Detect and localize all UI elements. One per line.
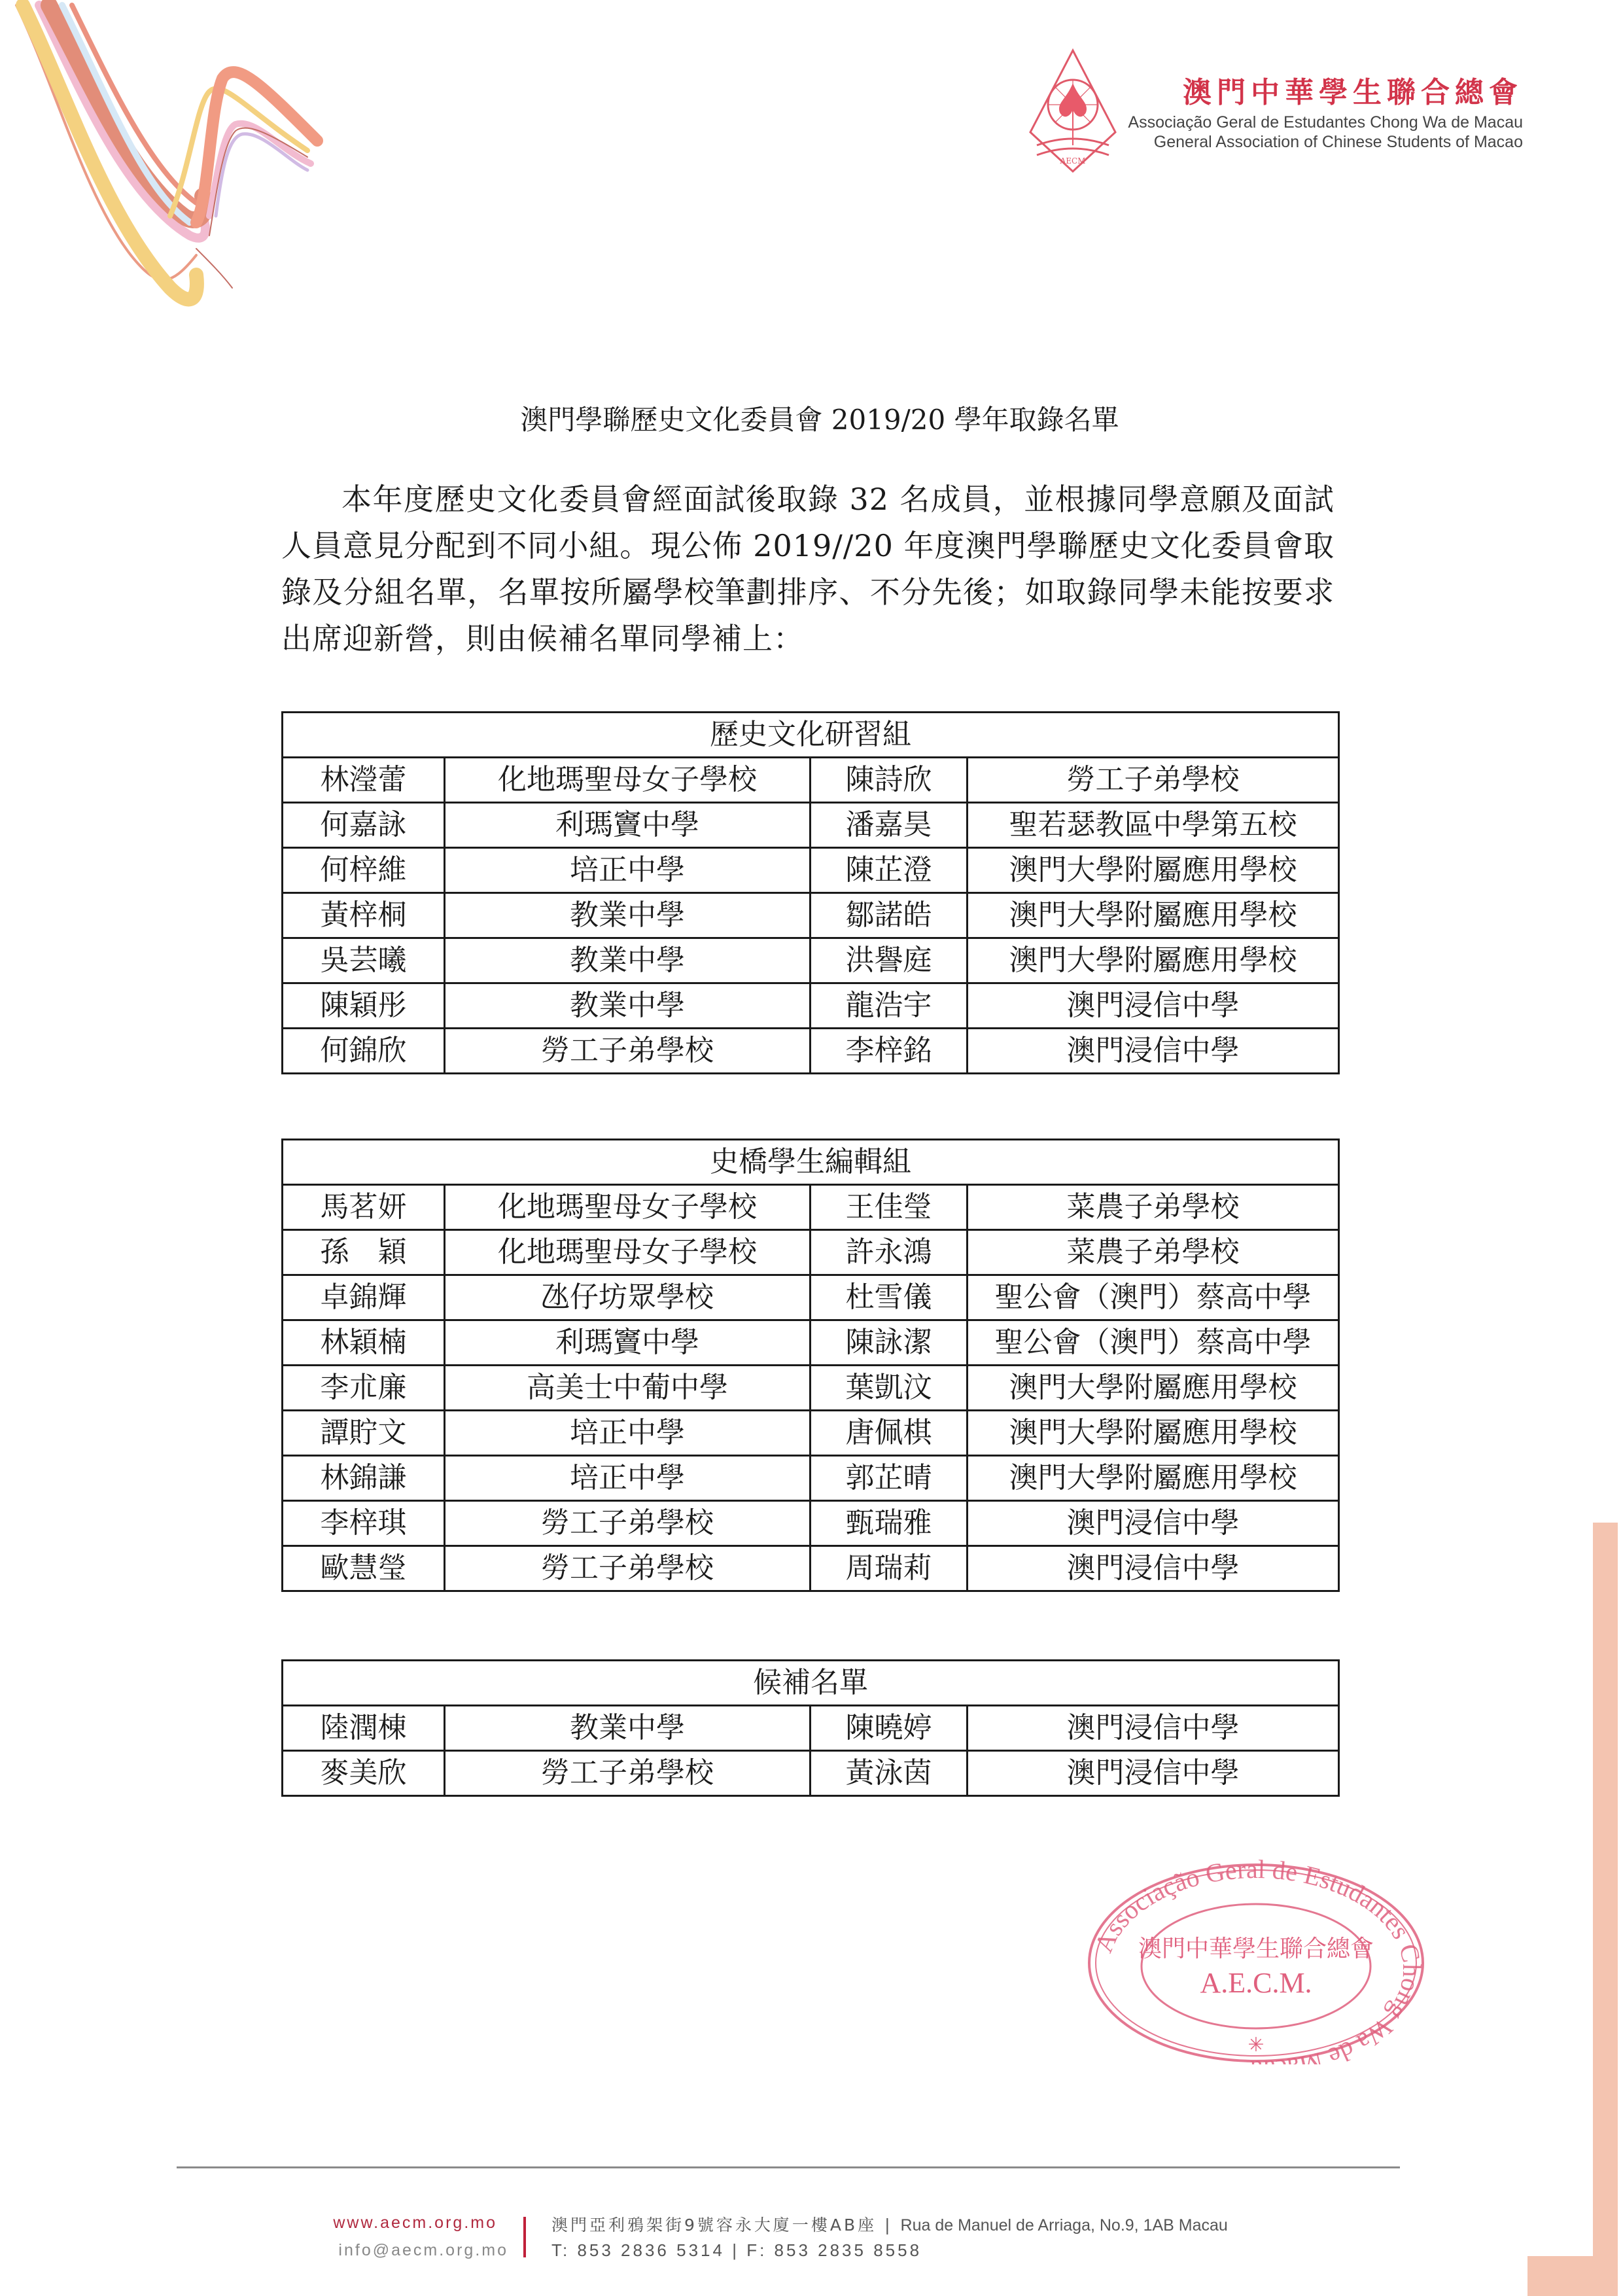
- table-row: 陳穎彤教業中學龍浩宇澳門浸信中學: [283, 983, 1339, 1029]
- student-name: 鄒諾皓: [811, 893, 968, 938]
- table-title: 歷史文化研習組: [283, 713, 1339, 758]
- student-name: 杜雪儀: [811, 1275, 968, 1320]
- student-name: 李梓琪: [283, 1501, 445, 1546]
- student-name: 李梓銘: [811, 1029, 968, 1074]
- table-title: 史橋學生編輯組: [283, 1140, 1339, 1185]
- table-row: 卓錦輝氹仔坊眾學校杜雪儀聖公會（澳門）蔡高中學: [283, 1275, 1339, 1320]
- student-name: 馬茗妍: [283, 1185, 445, 1230]
- org-name-portuguese: Associação Geral de Estudantes Chong Wa …: [1112, 113, 1523, 132]
- research-group-table: 歷史文化研習組 林瀅蕾化地瑪聖母女子學校陳詩欣勞工子弟學校何嘉詠利瑪竇中學潘嘉昊…: [281, 711, 1340, 1074]
- student-name: 陳穎彤: [283, 983, 445, 1029]
- school-name: 培正中學: [445, 1456, 811, 1501]
- table-row: 李朮廉高美士中葡中學葉凱汶澳門大學附屬應用學校: [283, 1366, 1339, 1411]
- student-name: 陳詩欣: [811, 758, 968, 803]
- table-row: 林穎楠利瑪竇中學陳詠潔聖公會（澳門）蔡高中學: [283, 1320, 1339, 1366]
- student-name: 黃梓桐: [283, 893, 445, 938]
- student-name: 歐慧瑩: [283, 1546, 445, 1591]
- footer-address-pt: Rua de Manuel de Arriaga, No.9, 1AB Maca…: [901, 2216, 1228, 2234]
- school-name: 利瑪竇中學: [445, 1320, 811, 1366]
- student-name: 王佳瑩: [811, 1185, 968, 1230]
- student-name: 孫 穎: [283, 1230, 445, 1275]
- decorative-strip-horizontal: [1527, 2256, 1618, 2296]
- school-name: 澳門大學附屬應用學校: [968, 1366, 1339, 1411]
- table-row: 陸潤棟教業中學陳曉婷澳門浸信中學: [283, 1706, 1339, 1751]
- student-name: 葉凱汶: [811, 1366, 968, 1411]
- school-name: 利瑪竇中學: [445, 803, 811, 848]
- school-name: 化地瑪聖母女子學校: [445, 758, 811, 803]
- intro-paragraph: 本年度歷史文化委員會經面試後取錄 32 名成員，並根據同學意願及面試人員意見分配…: [281, 476, 1335, 662]
- school-name: 澳門浸信中學: [968, 1501, 1339, 1546]
- student-name: 唐佩棋: [811, 1411, 968, 1456]
- school-name: 勞工子弟學校: [445, 1546, 811, 1591]
- student-name: 陸潤棟: [283, 1706, 445, 1751]
- student-name: 何錦欣: [283, 1029, 445, 1074]
- student-name: 林瀅蕾: [283, 758, 445, 803]
- student-name: 卓錦輝: [283, 1275, 445, 1320]
- table-title: 候補名單: [283, 1661, 1339, 1706]
- school-name: 教業中學: [445, 983, 811, 1029]
- school-name: 聖若瑟教區中學第五校: [968, 803, 1339, 848]
- stamp-star-icon: ✳: [1248, 2034, 1264, 2057]
- school-name: 勞工子弟學校: [445, 1501, 811, 1546]
- student-name: 陳曉婷: [811, 1706, 968, 1751]
- student-name: 陳芷澄: [811, 848, 968, 893]
- student-name: 甄瑞雅: [811, 1501, 968, 1546]
- table-row: 歐慧瑩勞工子弟學校周瑞莉澳門浸信中學: [283, 1546, 1339, 1591]
- org-name-english: General Association of Chinese Students …: [1112, 132, 1523, 152]
- student-name: 許永鴻: [811, 1230, 968, 1275]
- editorial-group-table: 史橋學生編輯組 馬茗妍化地瑪聖母女子學校王佳瑩菜農子弟學校孫 穎化地瑪聖母女子學…: [281, 1139, 1340, 1592]
- school-name: 澳門浸信中學: [968, 983, 1339, 1029]
- table-row: 林錦謙培正中學郭芷晴澳門大學附屬應用學校: [283, 1456, 1339, 1501]
- student-name: 黃泳茵: [811, 1751, 968, 1796]
- school-name: 氹仔坊眾學校: [445, 1275, 811, 1320]
- student-name: 麥美欣: [283, 1751, 445, 1796]
- school-name: 澳門大學附屬應用學校: [968, 848, 1339, 893]
- footer-address: 澳門亞利鴉架街9號容永大廈一樓AB座 | Rua de Manuel de Ar…: [551, 2212, 1228, 2236]
- student-name: 譚貯文: [283, 1411, 445, 1456]
- student-name: 李朮廉: [283, 1366, 445, 1411]
- school-name: 聖公會（澳門）蔡高中學: [968, 1275, 1339, 1320]
- school-name: 聖公會（澳門）蔡高中學: [968, 1320, 1339, 1366]
- table-row: 孫 穎化地瑪聖母女子學校許永鴻菜農子弟學校: [283, 1230, 1339, 1275]
- student-name: 潘嘉昊: [811, 803, 968, 848]
- stamp-inner-cn: 澳門中華學生聯合總會: [1138, 1935, 1374, 1962]
- school-name: 澳門大學附屬應用學校: [968, 1411, 1339, 1456]
- table-row: 何嘉詠利瑪竇中學潘嘉昊聖若瑟教區中學第五校: [283, 803, 1339, 848]
- student-name: 洪譽庭: [811, 938, 968, 983]
- stamp-abbr: A.E.C.M.: [1200, 1967, 1312, 1999]
- waitlist-table: 候補名單 陸潤棟教業中學陳曉婷澳門浸信中學麥美欣勞工子弟學校黃泳茵澳門浸信中學: [281, 1659, 1340, 1797]
- aecm-logo-icon: AECM: [1024, 47, 1122, 175]
- school-name: 澳門浸信中學: [968, 1546, 1339, 1591]
- document-title: 澳門學聯歷史文化委員會 2019/20 學年取錄名單: [0, 400, 1623, 440]
- school-name: 教業中學: [445, 938, 811, 983]
- decorative-strip-vertical: [1593, 1523, 1618, 2296]
- school-name: 菜農子弟學校: [968, 1230, 1339, 1275]
- ribbon-decoration: [0, 0, 1047, 327]
- svg-text:AECM: AECM: [1060, 156, 1086, 166]
- footer-contact: T: 853 2836 5314 | F: 853 2835 8558: [551, 2240, 922, 2261]
- school-name: 澳門大學附屬應用學校: [968, 938, 1339, 983]
- school-name: 勞工子弟學校: [445, 1751, 811, 1796]
- student-name: 龍浩宇: [811, 983, 968, 1029]
- school-name: 培正中學: [445, 1411, 811, 1456]
- school-name: 教業中學: [445, 893, 811, 938]
- school-name: 教業中學: [445, 1706, 811, 1751]
- table-row: 吳芸曦教業中學洪譽庭澳門大學附屬應用學校: [283, 938, 1339, 983]
- footer-separator: |: [884, 2216, 892, 2234]
- footer-address-cn: 澳門亞利鴉架街9號容永大廈一樓AB座: [551, 2216, 877, 2234]
- footer-divider: [177, 2166, 1400, 2168]
- table-row: 馬茗妍化地瑪聖母女子學校王佳瑩菜農子弟學校: [283, 1185, 1339, 1230]
- table-row: 何錦欣勞工子弟學校李梓銘澳門浸信中學: [283, 1029, 1339, 1074]
- table-row: 麥美欣勞工子弟學校黃泳茵澳門浸信中學: [283, 1751, 1339, 1796]
- school-name: 培正中學: [445, 848, 811, 893]
- student-name: 陳詠潔: [811, 1320, 968, 1366]
- table-row: 林瀅蕾化地瑪聖母女子學校陳詩欣勞工子弟學校: [283, 758, 1339, 803]
- table-row: 何梓維培正中學陳芷澄澳門大學附屬應用學校: [283, 848, 1339, 893]
- org-name-chinese: 澳門中華學生聯合總會: [1112, 73, 1523, 113]
- school-name: 化地瑪聖母女子學校: [445, 1230, 811, 1275]
- school-name: 澳門浸信中學: [968, 1706, 1339, 1751]
- school-name: 澳門大學附屬應用學校: [968, 893, 1339, 938]
- table-row: 譚貯文培正中學唐佩棋澳門大學附屬應用學校: [283, 1411, 1339, 1456]
- student-name: 何梓維: [283, 848, 445, 893]
- student-name: 何嘉詠: [283, 803, 445, 848]
- table-row: 李梓琪勞工子弟學校甄瑞雅澳門浸信中學: [283, 1501, 1339, 1546]
- student-name: 林錦謙: [283, 1456, 445, 1501]
- footer-red-bar: [523, 2217, 526, 2257]
- school-name: 高美士中葡中學: [445, 1366, 811, 1411]
- official-stamp: Associação Geral de Estudantes Chong Wa …: [1079, 1855, 1433, 2064]
- footer-fax: F: 853 2835 8558: [746, 2240, 922, 2260]
- footer-separator: |: [732, 2240, 739, 2260]
- school-name: 化地瑪聖母女子學校: [445, 1185, 811, 1230]
- table-row: 黃梓桐教業中學鄒諾皓澳門大學附屬應用學校: [283, 893, 1339, 938]
- school-name: 菜農子弟學校: [968, 1185, 1339, 1230]
- footer-email-link[interactable]: info@aecm.org.mo: [262, 2241, 508, 2260]
- student-name: 吳芸曦: [283, 938, 445, 983]
- school-name: 勞工子弟學校: [968, 758, 1339, 803]
- footer-website-link[interactable]: www.aecm.org.mo: [262, 2214, 497, 2233]
- student-name: 周瑞莉: [811, 1546, 968, 1591]
- footer-phone: T: 853 2836 5314: [551, 2240, 725, 2260]
- school-name: 澳門浸信中學: [968, 1029, 1339, 1074]
- student-name: 林穎楠: [283, 1320, 445, 1366]
- school-name: 澳門浸信中學: [968, 1751, 1339, 1796]
- student-name: 郭芷晴: [811, 1456, 968, 1501]
- school-name: 勞工子弟學校: [445, 1029, 811, 1074]
- org-name-block: 澳門中華學生聯合總會 Associação Geral de Estudante…: [1112, 73, 1570, 152]
- school-name: 澳門大學附屬應用學校: [968, 1456, 1339, 1501]
